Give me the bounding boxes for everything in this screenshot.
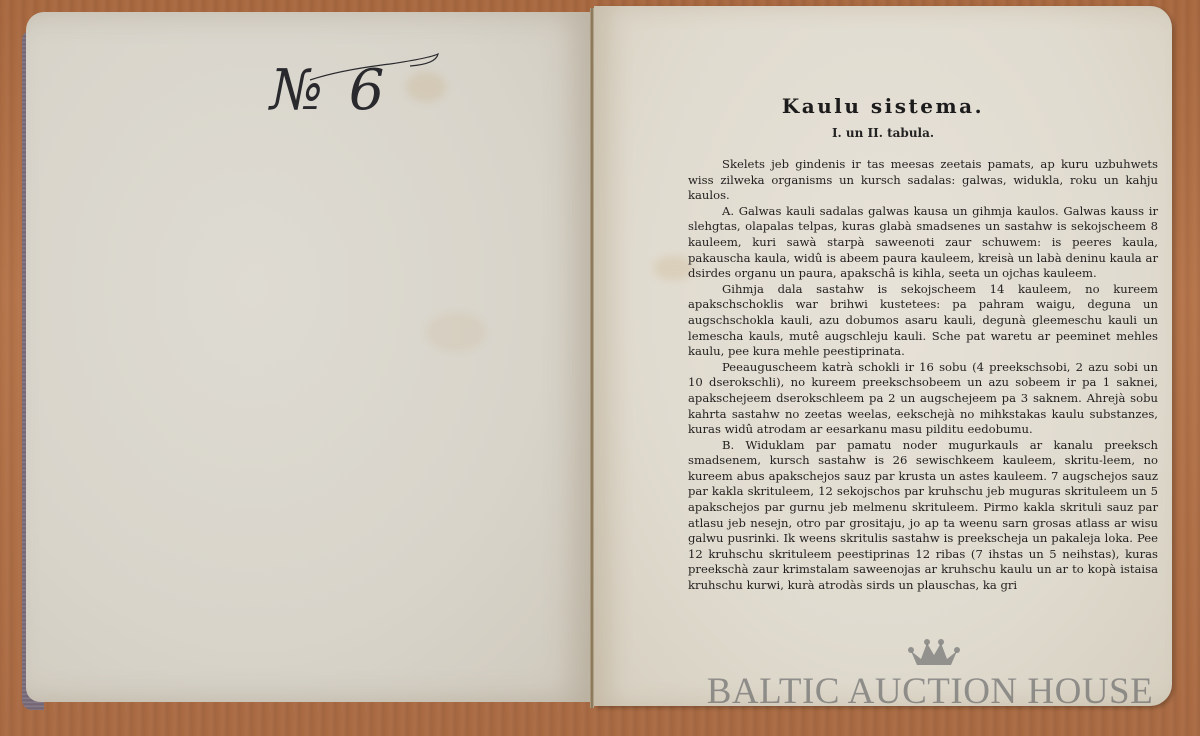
paragraph-face-bones: Gihmja dala sastahw is sekojscheem 14 ka… [688, 282, 1158, 360]
paragraph-teeth: Peeauguscheem katrà schokli ir 16 sobu (… [688, 360, 1158, 438]
paragraph-head-bones: A. Galwas kauli sadalas galwas kausa un … [688, 204, 1158, 282]
body-text: Skelets jeb gindenis ir tas meesas zeeta… [688, 157, 1158, 594]
page-title: Kaulu sistema. [594, 94, 1172, 118]
paper-stain [426, 312, 486, 352]
auction-house-watermark: BALTIC AUCTION HOUSE [690, 670, 1170, 713]
paragraph-torso: B. Widuklam par pamatu noder mugurkauls … [688, 438, 1158, 594]
page-subtitle: I. un II. tabula. [594, 126, 1172, 140]
paragraph-intro: Skelets jeb gindenis ir tas meesas zeeta… [688, 157, 1158, 204]
handwriting-flourish-icon [300, 50, 440, 90]
crown-icon [905, 637, 963, 667]
